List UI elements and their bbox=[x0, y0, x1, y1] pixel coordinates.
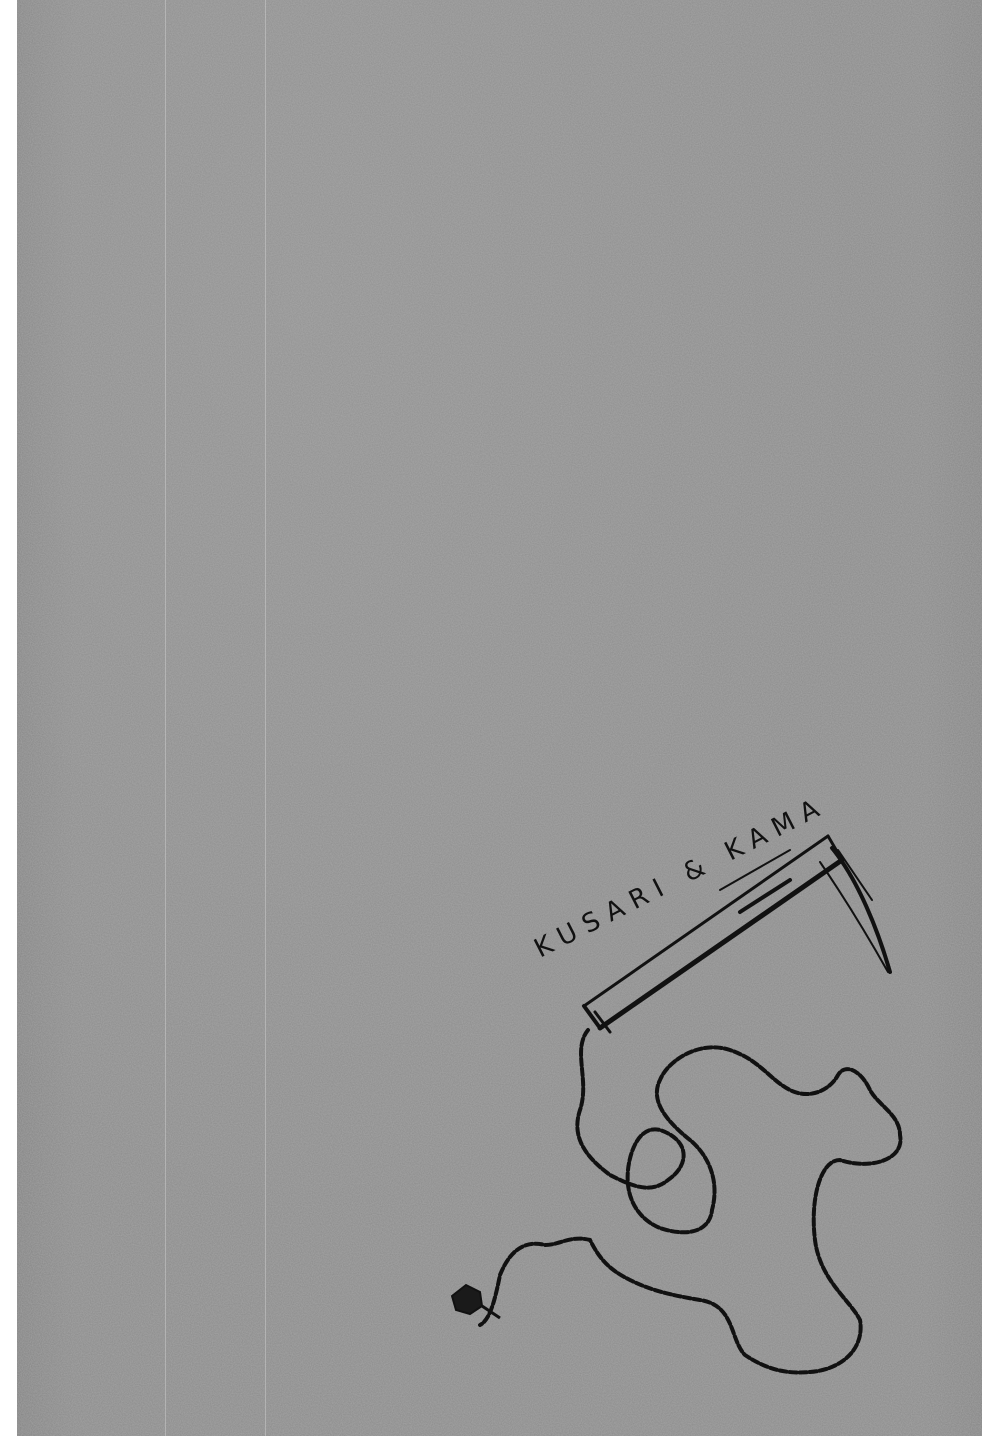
chain bbox=[480, 1030, 900, 1373]
kusarigama-sketch: KUSARI & KAMA bbox=[0, 0, 994, 1448]
